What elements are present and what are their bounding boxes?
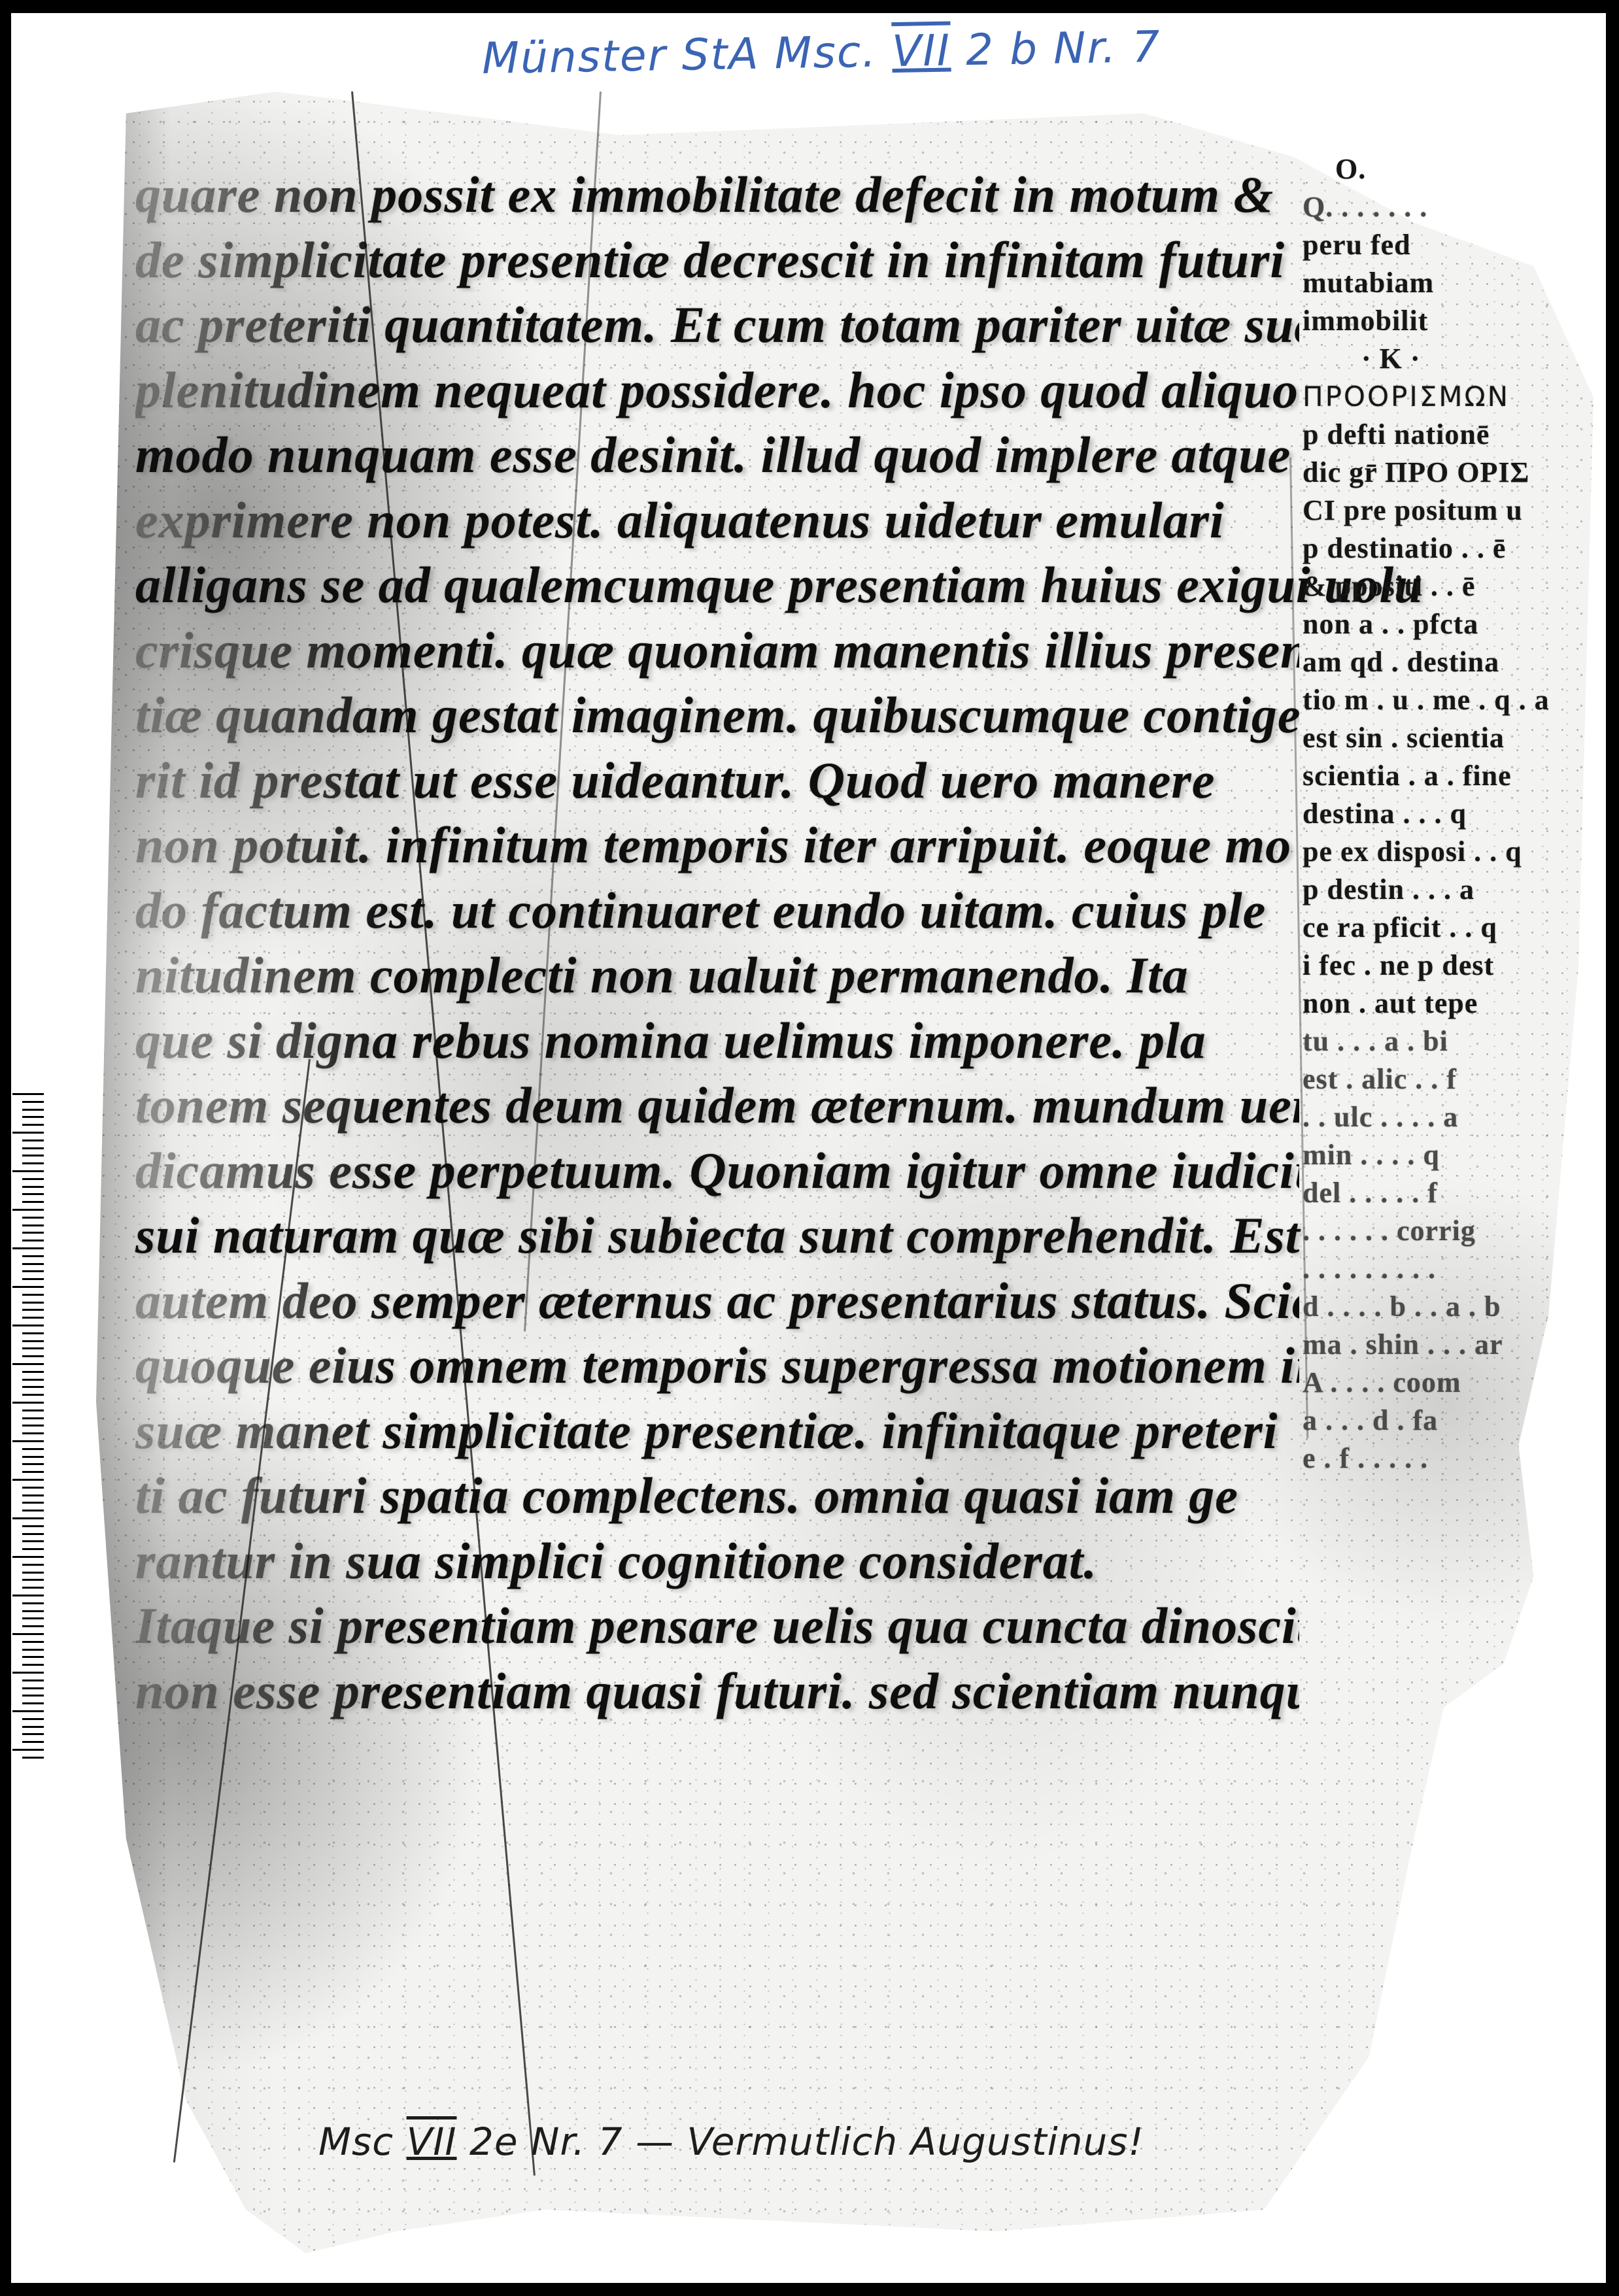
ruler-minor-tick [22, 1641, 44, 1643]
ruler-minor-tick [22, 1178, 44, 1180]
manuscript-line: nitudinem complecti non ualuit permanend… [135, 943, 1299, 1008]
ruler-minor-tick [22, 1540, 44, 1542]
ruler-minor-tick [22, 1201, 44, 1203]
archive-label-roman-numeral: VII [891, 25, 951, 77]
ruler-major-tick [12, 1672, 44, 1674]
ruler-minor-tick [22, 1302, 44, 1304]
ruler-major-tick [12, 1556, 44, 1558]
manuscript-line: non esse presentiam quasi futuri. sed sc… [135, 1659, 1299, 1724]
ruler-minor-tick [22, 1533, 44, 1535]
ruler-major-tick [12, 1093, 44, 1095]
ruler-minor-tick [22, 1471, 44, 1473]
ruler-minor-tick [22, 1371, 44, 1373]
ruler-minor-tick [22, 1702, 44, 1704]
ruler-minor-tick [22, 1340, 44, 1342]
ruler-minor-tick [22, 1656, 44, 1658]
side-line: del . . . . . f [1303, 1174, 1590, 1212]
ruler-minor-tick [22, 1548, 44, 1550]
manuscript-line: autem deo semper æternus ac presentarius… [135, 1268, 1299, 1334]
manuscript-line: suæ manet simplicitate presentiæ. infini… [135, 1398, 1299, 1464]
ruler-minor-tick [22, 1124, 44, 1126]
ruler-major-tick [12, 1170, 44, 1172]
ruler-minor-tick [22, 1224, 44, 1226]
side-line: est . alic . . f [1303, 1060, 1590, 1098]
ruler-minor-tick [22, 1162, 44, 1164]
ruler-minor-tick [22, 1695, 44, 1697]
side-line: p destin . . . a [1303, 871, 1590, 909]
ruler-minor-tick [22, 1649, 44, 1651]
ruler-major-tick [12, 1517, 44, 1519]
ruler-major-tick [12, 1440, 44, 1442]
ruler-minor-tick [22, 1463, 44, 1465]
shelfmark-roman-numeral: VII [407, 2119, 457, 2164]
ruler-minor-tick [22, 1502, 44, 1504]
ruler-minor-tick [22, 1410, 44, 1411]
side-line: non a . . pfcta [1303, 605, 1590, 643]
ruler-major-tick [12, 1286, 44, 1288]
manuscript-line: plenitudinem nequeat possidere. hoc ipso… [135, 358, 1299, 423]
ruler-minor-tick [22, 1741, 44, 1743]
side-line: e . f . . . . . [1303, 1440, 1590, 1477]
manuscript-line: de simplicitate presentiæ decrescit in i… [135, 228, 1299, 293]
manuscript-line: tonem sequentes deum quidem æternum. mun… [135, 1073, 1299, 1138]
ruler-major-tick [12, 1209, 44, 1211]
main-text-column: quare non possit ex immobilitate defecit… [135, 162, 1299, 1723]
side-line: a . . . d . fa [1303, 1402, 1590, 1440]
shelfmark-pencil-note: Msc VII 2e Nr. 7 — Vermutlich Augustinus… [318, 2119, 1144, 2164]
ruler-major-tick [12, 1633, 44, 1635]
ruler-minor-tick [22, 1193, 44, 1195]
manuscript-line: rantur in sua simplici cognitione consid… [135, 1528, 1299, 1594]
side-text-column: O. Q. . . . . . . peru fed mutabiam immo… [1303, 150, 1590, 1477]
ruler-minor-tick [22, 1572, 44, 1574]
ruler-minor-tick [22, 1155, 44, 1156]
ruler-minor-tick [22, 1379, 44, 1381]
side-line: am qd . destina [1303, 643, 1590, 681]
side-line: & ppositi . . ē [1303, 567, 1590, 605]
side-line-greek-heading: ΠΡΟΟΡΙΣΜΩΝ [1303, 378, 1590, 416]
ruler-minor-tick [22, 1487, 44, 1489]
ruler-minor-tick [22, 1147, 44, 1149]
ruler-minor-tick [22, 1425, 44, 1427]
ruler-major-tick [12, 1325, 44, 1326]
shelfmark-rest: 2e Nr. 7 — Vermutlich Augustinus! [469, 2119, 1144, 2164]
side-line: non . aut tepe [1303, 985, 1590, 1022]
ruler-minor-tick [22, 1718, 44, 1720]
ruler-minor-tick [22, 1270, 44, 1272]
manuscript-line: ac preteriti quantitatem. Et cum totam p… [135, 292, 1299, 358]
ruler-minor-tick [22, 1757, 44, 1759]
side-line: CI pre positum u [1303, 492, 1590, 530]
side-line: A . . . . coom [1303, 1364, 1590, 1402]
manuscript-line: que si digna rebus nomina uelimus impone… [135, 1008, 1299, 1073]
ruler-minor-tick [22, 1617, 44, 1619]
ruler-minor-tick [22, 1294, 44, 1296]
shelfmark-prefix: Msc [318, 2119, 394, 2164]
ruler-minor-tick [22, 1510, 44, 1511]
ruler-major-tick [12, 1595, 44, 1596]
ruler-minor-tick [22, 1456, 44, 1458]
ruler-minor-tick [22, 1610, 44, 1612]
ruler-minor-tick [22, 1564, 44, 1566]
side-line: min . . . . q [1303, 1136, 1590, 1174]
ruler-minor-tick [22, 1309, 44, 1311]
ruler-minor-tick [22, 1232, 44, 1234]
side-line: tu . . . a . bi [1303, 1022, 1590, 1060]
archive-label-part2: 2 b Nr. 7 [965, 22, 1161, 75]
ruler-minor-tick [22, 1726, 44, 1728]
side-line: O. [1303, 150, 1590, 188]
manuscript-line: modo nunquam esse desinit. illud quod im… [135, 422, 1299, 488]
ruler-minor-tick [22, 1355, 44, 1357]
ruler-minor-tick [22, 1417, 44, 1419]
ruler-minor-tick [22, 1680, 44, 1681]
side-line: destina . . . q [1303, 795, 1590, 833]
manuscript-line: non potuit. infinitum temporis iter arri… [135, 813, 1299, 878]
side-line: mutabiam [1303, 264, 1590, 302]
side-line: · K · [1303, 340, 1590, 378]
manuscript-line: alligans se ad qualemcumque presentiam h… [135, 552, 1299, 618]
ruler-minor-tick [22, 1140, 44, 1141]
ruler-minor-tick [22, 1394, 44, 1396]
archive-label-part1: Münster StA Msc. [481, 27, 877, 84]
ruler-major-tick [12, 1247, 44, 1249]
ruler-minor-tick [22, 1448, 44, 1450]
ruler-minor-tick [22, 1109, 44, 1111]
side-line: . . . . . . corrig [1303, 1212, 1590, 1250]
manuscript-line: quare non possit ex immobilitate defecit… [135, 162, 1299, 228]
manuscript-line: dicamus esse perpetuum. Quoniam igitur o… [135, 1138, 1299, 1204]
scanner-bed: Münster StA Msc. VII 2 b Nr. 7 quare non… [11, 13, 1606, 2283]
ruler-major-tick [12, 1749, 44, 1751]
ruler-minor-tick [22, 1386, 44, 1388]
ruler-minor-tick [22, 1602, 44, 1604]
ruler-minor-tick [22, 1263, 44, 1265]
ruler-major-tick [12, 1402, 44, 1404]
side-line: ma . shin . . . ar [1303, 1326, 1590, 1364]
side-line: dic gr̄ ΠΡΟ ΟΡΙΣ [1303, 454, 1590, 492]
ruler-minor-tick [22, 1733, 44, 1735]
ruler-minor-tick [22, 1687, 44, 1689]
ruler-minor-tick [22, 1116, 44, 1118]
ruler-minor-tick [22, 1332, 44, 1334]
ruler-major-tick [12, 1710, 44, 1712]
ruler-minor-tick [22, 1186, 44, 1188]
manuscript-line: ti ac futuri spatia complectens. omnia q… [135, 1463, 1299, 1528]
side-line: peru fed [1303, 226, 1590, 264]
manuscript-line: tiæ quandam gestat imaginem. quibuscumqu… [135, 683, 1299, 748]
ruler-minor-tick [22, 1579, 44, 1581]
side-line: . . ulc . . . . a [1303, 1098, 1590, 1136]
side-line: . . . . . . . . . [1303, 1250, 1590, 1288]
archive-shelfmark-label: Münster StA Msc. VII 2 b Nr. 7 [481, 22, 1161, 84]
manuscript-line: quoque eius omnem temporis supergressa m… [135, 1333, 1299, 1398]
ruler-major-tick [12, 1363, 44, 1365]
side-line: ce ra pficit . . q [1303, 909, 1590, 947]
ruler-minor-tick [22, 1625, 44, 1627]
side-line: d . . . . b . . a . b [1303, 1288, 1590, 1326]
ruler-major-tick [12, 1132, 44, 1134]
ruler-minor-tick [22, 1664, 44, 1666]
side-line: scientia . a . fine [1303, 757, 1590, 795]
ruler-major-tick [12, 1479, 44, 1481]
ruler-minor-tick [22, 1255, 44, 1257]
manuscript-line: do factum est. ut continuaret eundo uita… [135, 878, 1299, 943]
ruler-minor-tick [22, 1278, 44, 1280]
side-line: pe ex disposi . . q [1303, 833, 1590, 871]
side-line: p defti nationē [1303, 416, 1590, 454]
side-line: tio m . u . me . q . a [1303, 681, 1590, 719]
side-line: Q. . . . . . . [1303, 188, 1590, 226]
manuscript-line: exprimere non potest. aliquatenus uidetu… [135, 488, 1299, 553]
side-line: i fec . ne p dest [1303, 947, 1590, 985]
ruler-minor-tick [22, 1240, 44, 1241]
ruler-minor-tick [22, 1587, 44, 1589]
ruler-minor-tick [22, 1494, 44, 1496]
side-line: immobilit [1303, 302, 1590, 340]
manuscript-line: crisque momenti. quæ quoniam manentis il… [135, 618, 1299, 683]
ruler-minor-tick [22, 1317, 44, 1319]
manuscript-line: Itaque si presentiam pensare uelis qua c… [135, 1593, 1299, 1659]
scale-ruler [11, 1093, 44, 1761]
ruler-minor-tick [22, 1347, 44, 1349]
manuscript-line: sui naturam quæ sibi subiecta sunt compr… [135, 1203, 1299, 1268]
ruler-minor-tick [22, 1432, 44, 1434]
ruler-minor-tick [22, 1525, 44, 1527]
side-line: est sin . scientia [1303, 719, 1590, 757]
side-line: p destinatio . . ē [1303, 530, 1590, 567]
ruler-minor-tick [22, 1217, 44, 1219]
ruler-minor-tick [22, 1101, 44, 1103]
manuscript-line: rit id prestat ut esse uideantur. Quod u… [135, 748, 1299, 813]
